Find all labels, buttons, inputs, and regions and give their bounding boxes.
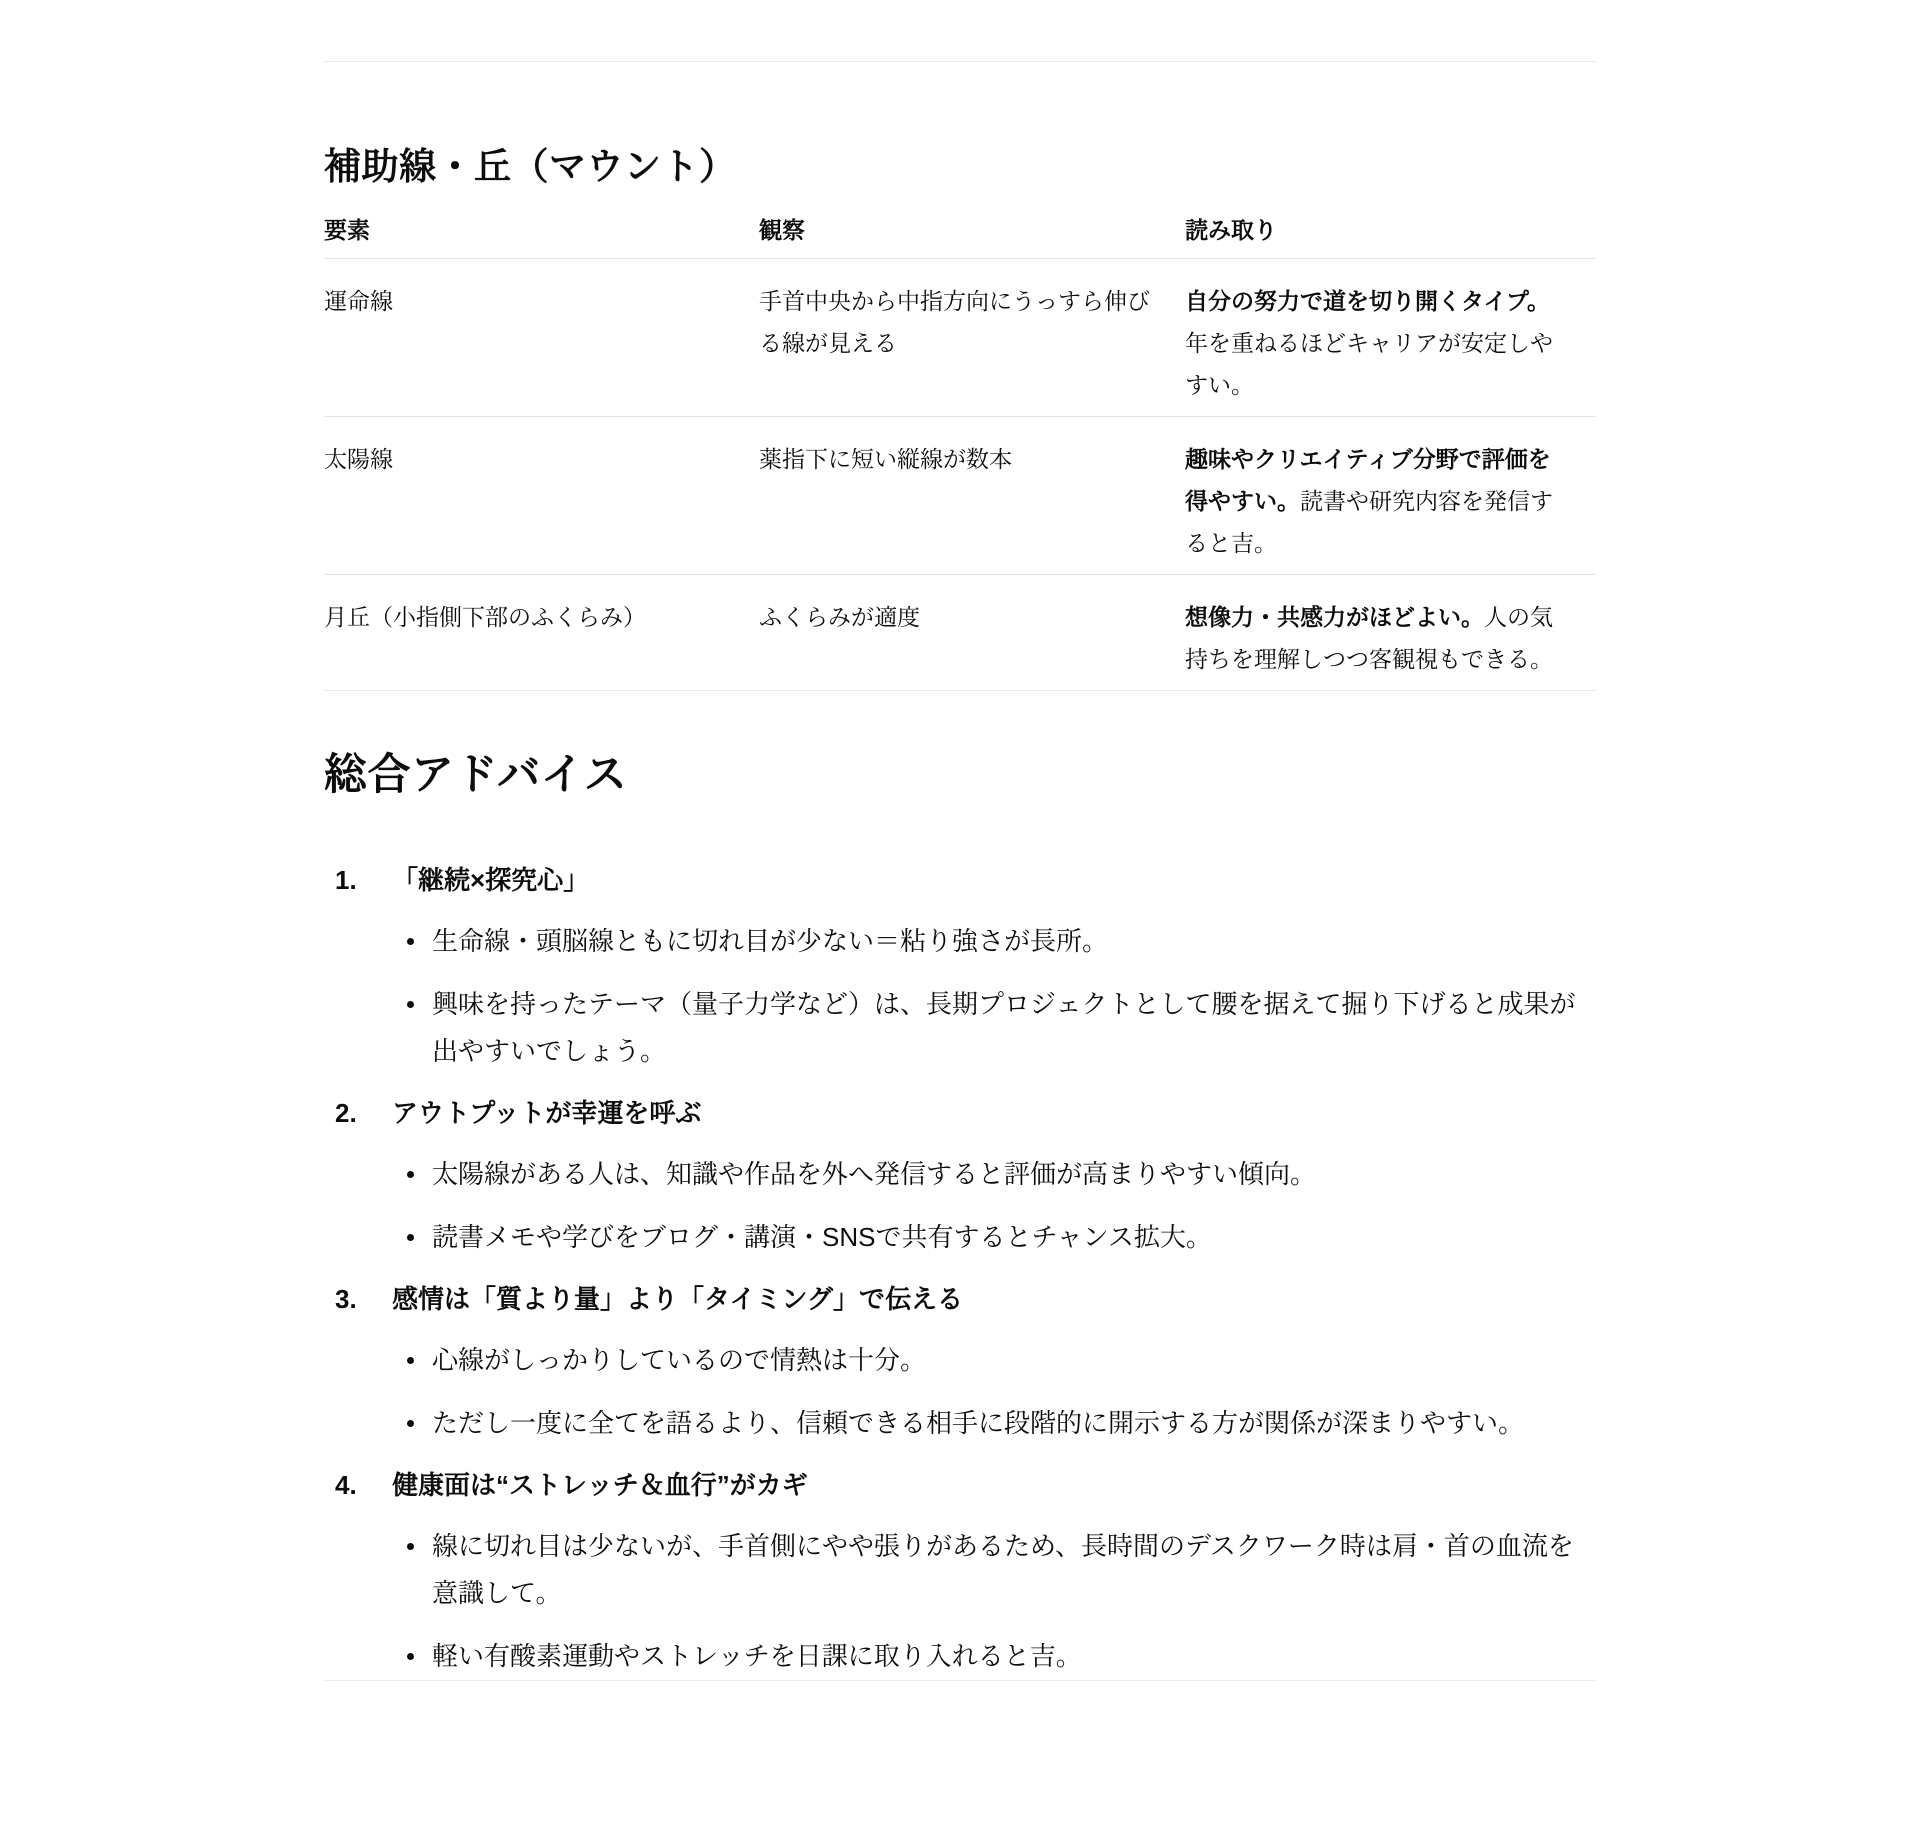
advice-item-4: 4. 健康面は“ストレッチ＆血行”がカギ 線に切れ目は少ないが、手首側にやや張り… [324, 1462, 1596, 1680]
advice-item-title: アウトプットが幸運を呼ぶ [392, 1098, 701, 1128]
reading-emphasis: 想像力・共感力がほどよい。 [1185, 604, 1484, 630]
cell-element: 太陽線 [324, 417, 759, 575]
cell-observation: ふくらみが適度 [759, 575, 1185, 691]
cell-reading: 想像力・共感力がほどよい。人の気持ちを理解しつつ客観視もできる。 [1185, 575, 1596, 691]
column-header-observation: 観察 [759, 217, 1185, 259]
table-row: 太陽線 薬指下に短い縦線が数本 趣味やクリエイティブ分野で評価を得やすい。読書や… [324, 417, 1596, 575]
advice-list: 1. 「継続×探究心」 生命線・頭脳線ともに切れ目が少ない＝粘り強さが長所。 興… [324, 857, 1596, 1680]
advice-sublist: 心線がしっかりしているので情熱は十分。 ただし一度に全てを語るより、信頼できる相… [392, 1337, 1596, 1447]
advice-bullet: 生命線・頭脳線ともに切れ目が少ない＝粘り強さが長所。 [392, 918, 1596, 965]
section-heading-advice: 総合アドバイス [324, 747, 1596, 803]
document-page: 補助線・丘（マウント） 要素 観察 読み取り 運命線 手首中央から中指方向にうっ… [324, 0, 1596, 1732]
cell-reading: 趣味やクリエイティブ分野で評価を得やすい。読書や研究内容を発信すると吉。 [1185, 417, 1596, 575]
advice-item-title: 感情は「質より量」より「タイミング」で伝える [392, 1284, 963, 1314]
list-number: 3. [335, 1276, 357, 1323]
advice-item-title: 「継続×探究心」 [392, 865, 589, 895]
cell-element: 月丘（小指側下部のふくらみ） [324, 575, 759, 691]
column-header-element: 要素 [324, 217, 759, 259]
list-number: 2. [335, 1090, 357, 1137]
advice-bullet: 軽い有酸素運動やストレッチを日課に取り入れると吉。 [392, 1633, 1596, 1680]
advice-sublist: 生命線・頭脳線ともに切れ目が少ない＝粘り強さが長所。 興味を持ったテーマ（量子力… [392, 918, 1596, 1075]
section-divider-middle [324, 690, 1596, 691]
cell-element: 運命線 [324, 259, 759, 417]
advice-bullet: 読書メモや学びをブログ・講演・SNSで共有するとチャンス拡大。 [392, 1214, 1596, 1261]
table-header-row: 要素 観察 読み取り [324, 217, 1596, 259]
advice-bullet: ただし一度に全てを語るより、信頼できる相手に段階的に開示する方が関係が深まりやす… [392, 1400, 1596, 1447]
reading-detail: 年を重ねるほどキャリアが安定しやすい。 [1185, 330, 1553, 398]
cell-observation: 手首中央から中指方向にうっすら伸びる線が見える [759, 259, 1185, 417]
section-divider-top [324, 61, 1596, 62]
advice-item-1: 1. 「継続×探究心」 生命線・頭脳線ともに切れ目が少ない＝粘り強さが長所。 興… [324, 857, 1596, 1075]
advice-bullet: 太陽線がある人は、知識や作品を外へ発信すると評価が高まりやすい傾向。 [392, 1151, 1596, 1198]
mounts-table: 要素 観察 読み取り 運命線 手首中央から中指方向にうっすら伸びる線が見える 自… [324, 217, 1596, 690]
section-divider-bottom [324, 1680, 1596, 1681]
list-number: 4. [335, 1462, 357, 1509]
column-header-reading: 読み取り [1185, 217, 1596, 259]
list-number: 1. [335, 857, 357, 904]
table-row: 運命線 手首中央から中指方向にうっすら伸びる線が見える 自分の努力で道を切り開く… [324, 259, 1596, 417]
advice-sublist: 太陽線がある人は、知識や作品を外へ発信すると評価が高まりやすい傾向。 読書メモや… [392, 1151, 1596, 1261]
advice-sublist: 線に切れ目は少ないが、手首側にやや張りがあるため、長時間のデスクワーク時は肩・首… [392, 1523, 1596, 1680]
advice-item-2: 2. アウトプットが幸運を呼ぶ 太陽線がある人は、知識や作品を外へ発信すると評価… [324, 1090, 1596, 1261]
advice-item-title: 健康面は“ストレッチ＆血行”がカギ [392, 1470, 808, 1500]
table-row: 月丘（小指側下部のふくらみ） ふくらみが適度 想像力・共感力がほどよい。人の気持… [324, 575, 1596, 691]
cell-observation: 薬指下に短い縦線が数本 [759, 417, 1185, 575]
advice-bullet: 線に切れ目は少ないが、手首側にやや張りがあるため、長時間のデスクワーク時は肩・首… [392, 1523, 1596, 1617]
section-heading-mounts: 補助線・丘（マウント） [324, 142, 1596, 192]
advice-bullet: 心線がしっかりしているので情熱は十分。 [392, 1337, 1596, 1384]
advice-item-3: 3. 感情は「質より量」より「タイミング」で伝える 心線がしっかりしているので情… [324, 1276, 1596, 1447]
cell-reading: 自分の努力で道を切り開くタイプ。年を重ねるほどキャリアが安定しやすい。 [1185, 259, 1596, 417]
reading-emphasis: 自分の努力で道を切り開くタイプ。 [1185, 288, 1550, 314]
advice-bullet: 興味を持ったテーマ（量子力学など）は、長期プロジェクトとして腰を据えて掘り下げる… [392, 981, 1596, 1075]
